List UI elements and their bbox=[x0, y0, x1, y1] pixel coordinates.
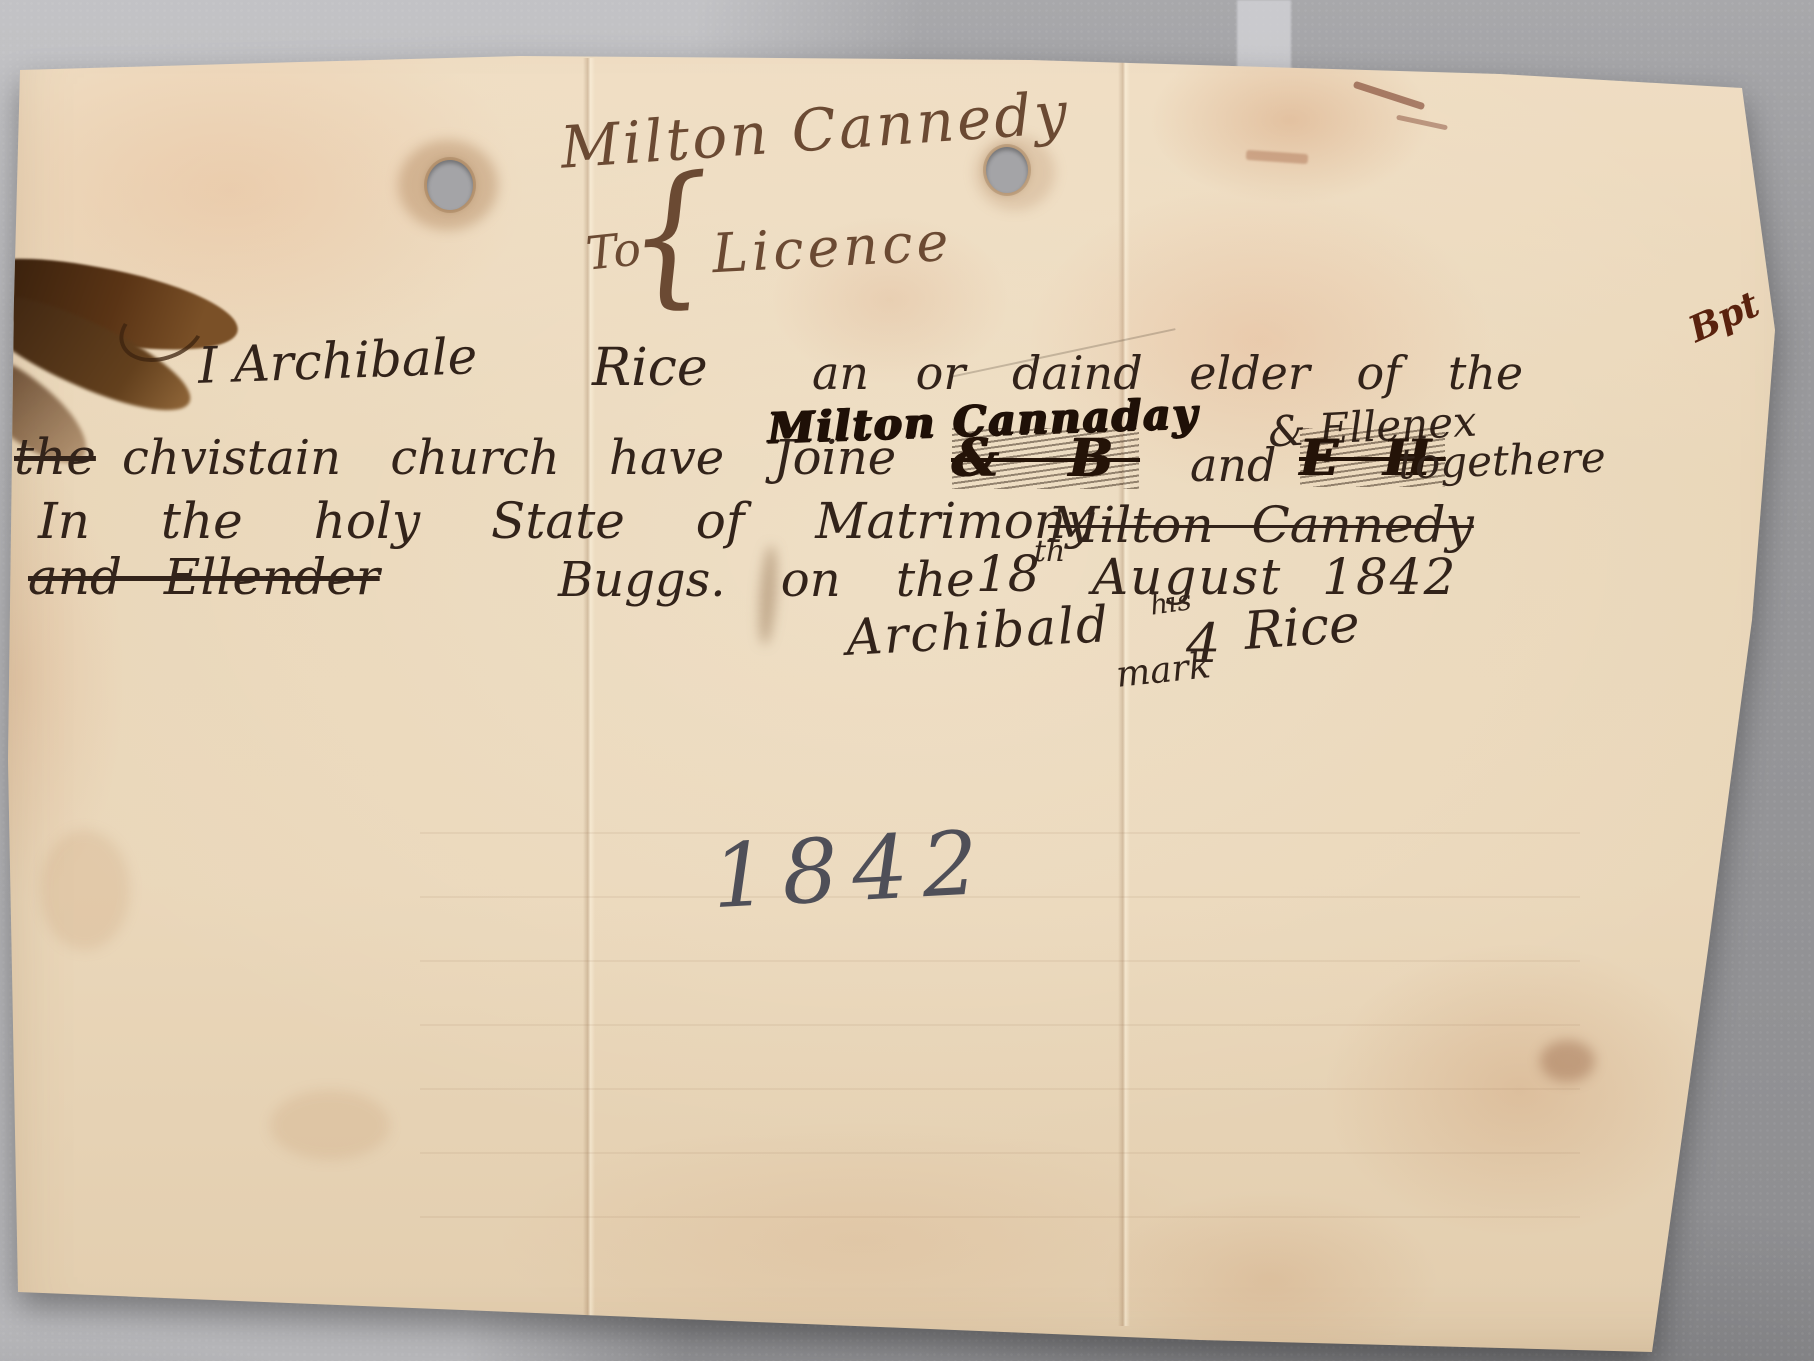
body-line4-rest: August 1842 bbox=[1092, 548, 1457, 606]
signature-mark-word: mark bbox=[1114, 645, 1212, 696]
foxing-spot bbox=[40, 830, 130, 950]
body-line2-tail: togethere bbox=[1397, 432, 1606, 488]
body-line2-and: and bbox=[1190, 438, 1277, 492]
faint-ruled-lines bbox=[420, 820, 1580, 1280]
body-line4-day-suffix: th bbox=[1034, 534, 1065, 569]
body-line4-day: 18 bbox=[976, 545, 1040, 603]
signature-first-name: Archibald bbox=[845, 595, 1112, 667]
body-line2-text: chvistain church have Joine bbox=[122, 430, 896, 486]
pencil-year-annotation: 1842 bbox=[709, 811, 994, 929]
body-line3-struck-name: Milton Cannedy bbox=[1048, 496, 1474, 554]
red-ink-streak bbox=[1353, 81, 1426, 111]
header-brace: { bbox=[623, 143, 718, 326]
body-line2-struck-word: the bbox=[14, 428, 96, 486]
body-line3-text: In the holy State of Matrimony bbox=[38, 492, 1094, 550]
body-line4-text: Buggs. on the bbox=[558, 552, 974, 608]
body-line1-surname: Rice bbox=[592, 338, 708, 398]
body-line2-scribbled-initials: & B bbox=[952, 428, 1139, 489]
body-line4-struck-name: and Ellender bbox=[28, 548, 380, 606]
aged-paper-document: Milton Cannedy To { Licence I Archibale … bbox=[0, 0, 1814, 1361]
foxing-spot bbox=[1540, 1040, 1595, 1082]
punch-hole-left bbox=[427, 160, 473, 210]
photograph-of-document: Milton Cannedy To { Licence I Archibale … bbox=[0, 0, 1814, 1361]
signature-last-name: Rice bbox=[1242, 594, 1362, 662]
punch-hole-right bbox=[986, 147, 1028, 193]
red-ink-streak bbox=[1396, 115, 1448, 131]
body-line1-opening: I Archibale bbox=[197, 327, 478, 395]
header-license-word: Licence bbox=[711, 210, 954, 285]
red-ink-streak bbox=[1246, 150, 1309, 164]
body-line1-superscript: Bpt bbox=[1683, 283, 1766, 351]
paper-shadow-wrapper: Milton Cannedy To { Licence I Archibale … bbox=[0, 0, 1814, 1361]
foxing-spot bbox=[270, 1090, 390, 1160]
